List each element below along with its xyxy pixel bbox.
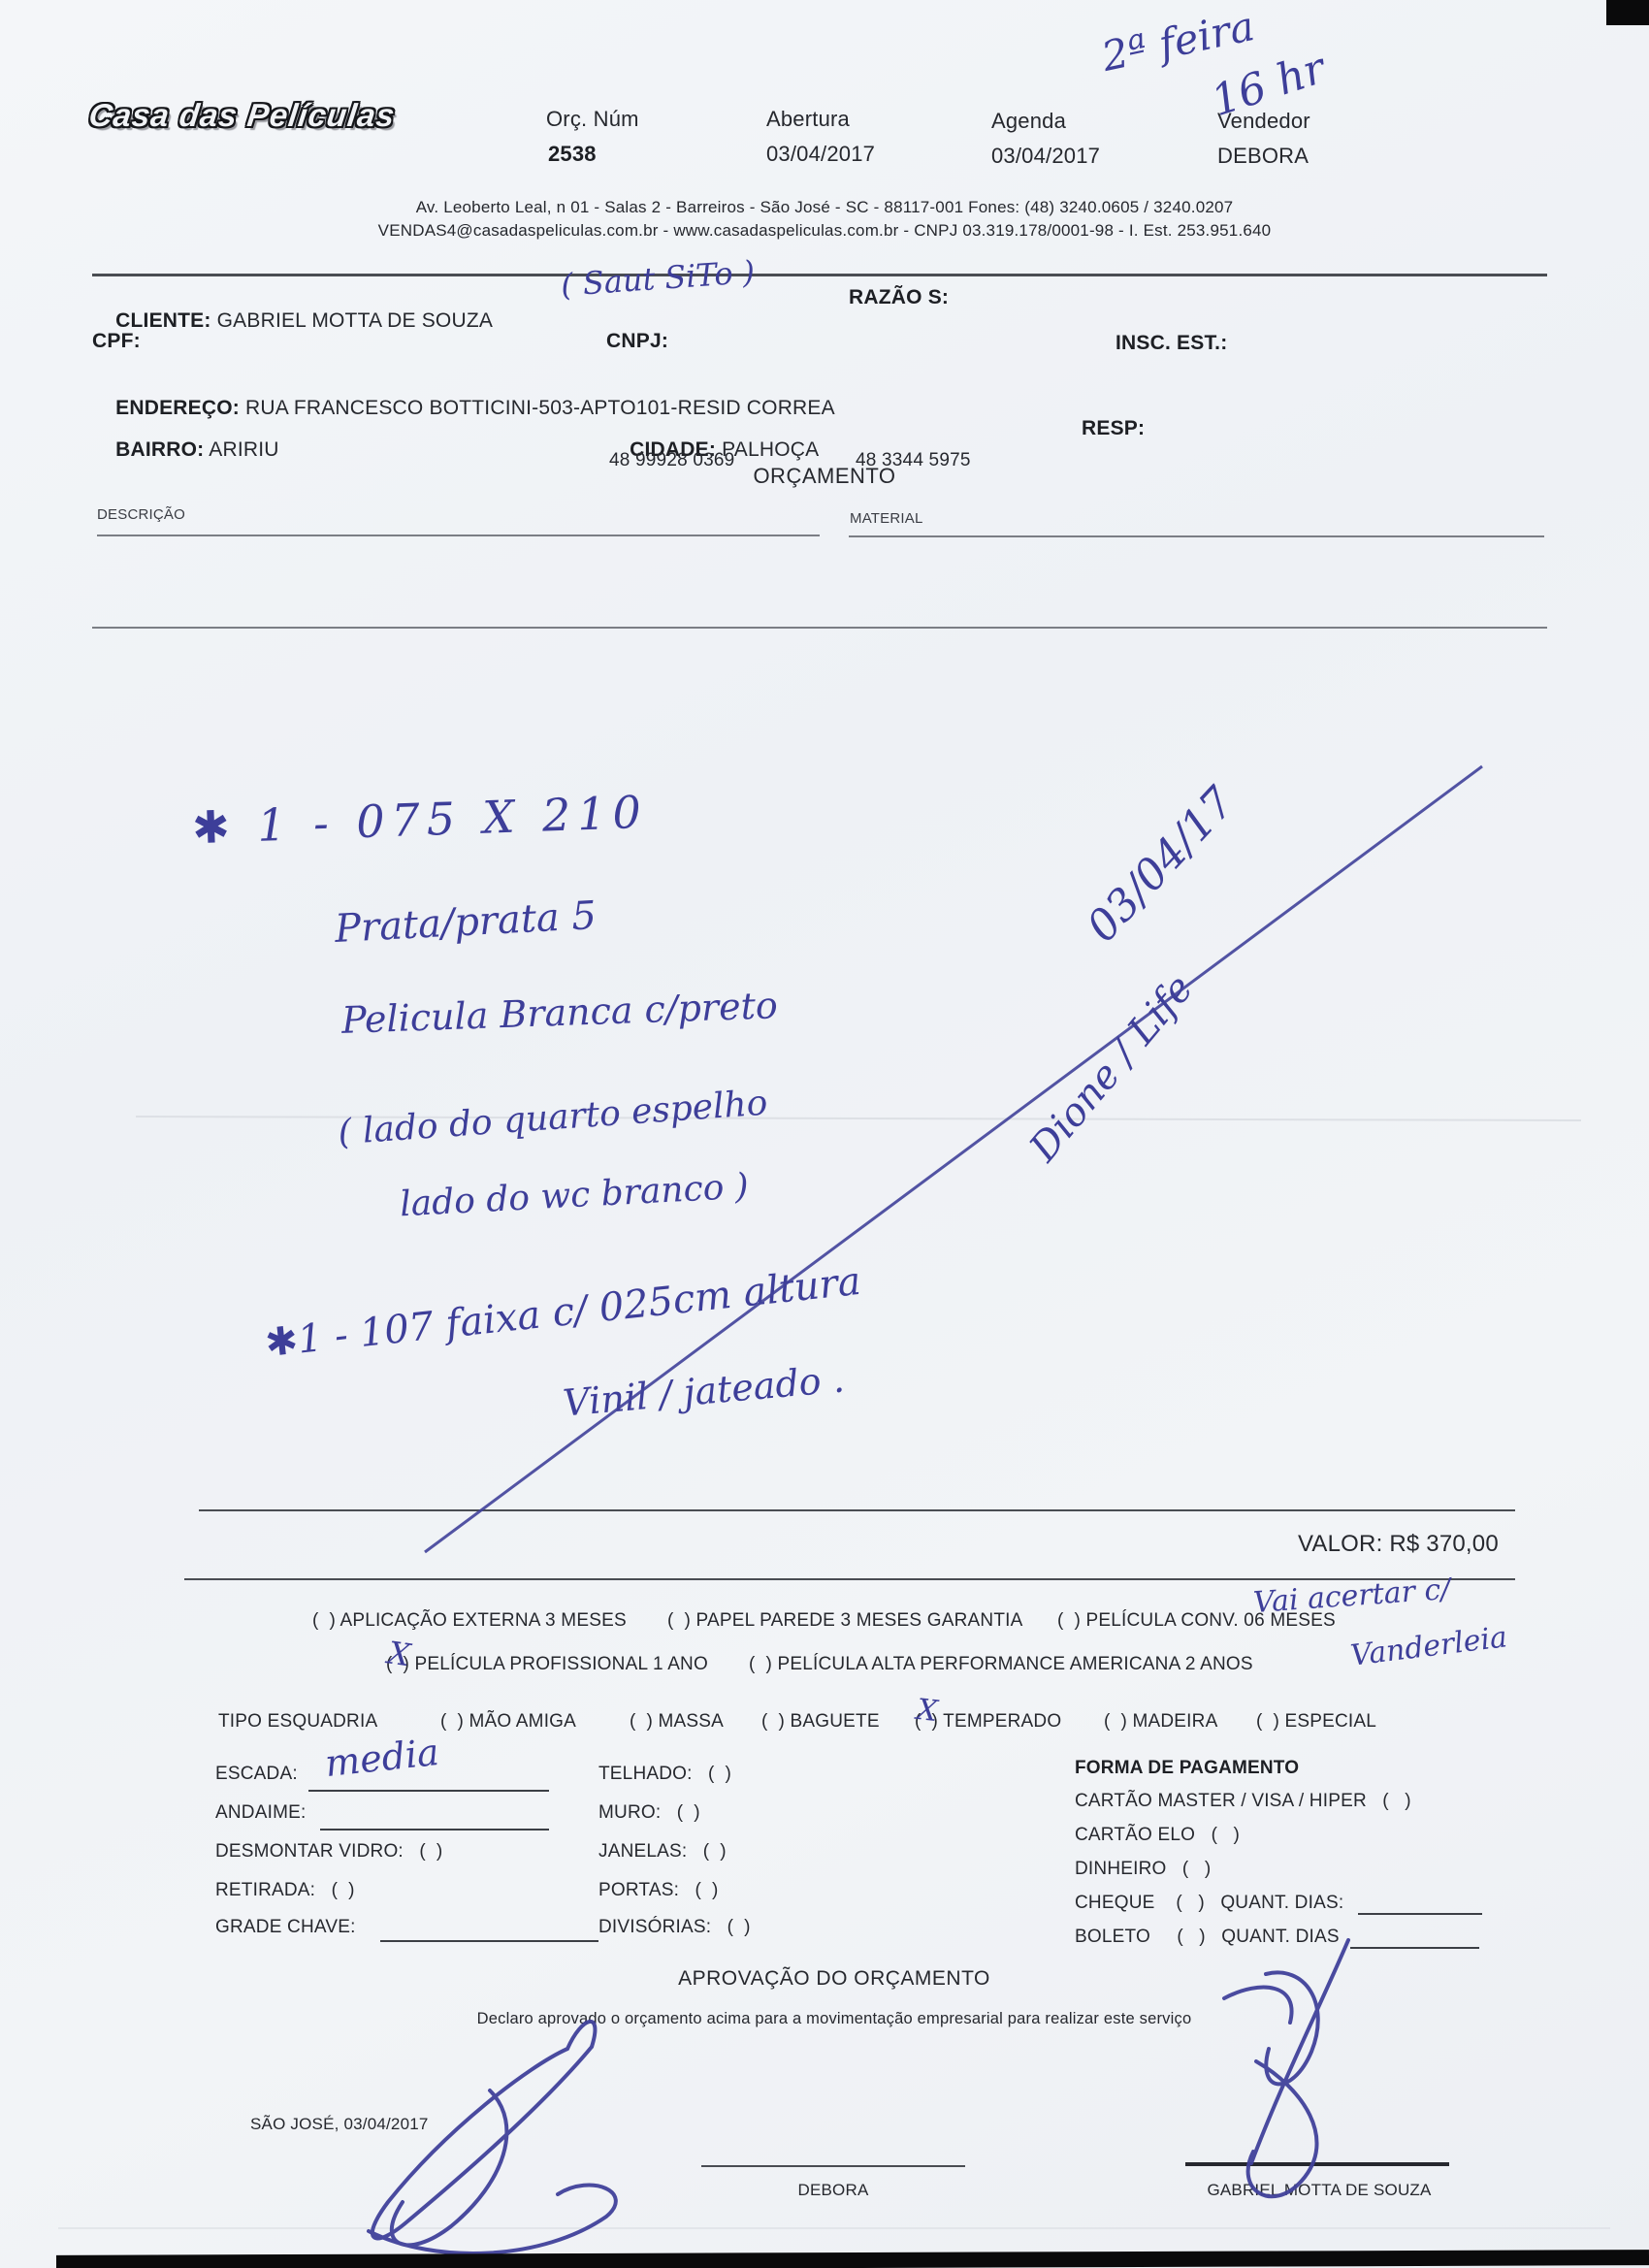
valor-top-line: [199, 1509, 1515, 1511]
handwritten-diagonal-name: Dione / Life: [1021, 966, 1202, 1170]
budget-section-title: ORÇAMENTO: [291, 464, 1358, 489]
handwritten-item2-film: Pelicula Branca c/preto: [340, 984, 778, 1042]
vendedor-value: DEBORA: [1217, 144, 1309, 169]
tipo-esquadria-label: TIPO ESQUADRIA: [218, 1711, 377, 1733]
bairro-row: BAIRRO: ARIRIU: [92, 415, 279, 485]
approval-city-date: SÃO JOSÉ, 03/04/2017: [250, 2115, 429, 2134]
andaime-line: [320, 1829, 549, 1831]
descricao-underline: [97, 535, 820, 536]
warranty-option-aplicacao-externa: ( ) APLICAÇÃO EXTERNA 3 MESES: [312, 1610, 627, 1632]
esquadria-option-massa: ( ) MASSA: [630, 1711, 724, 1733]
cliente-label: CLIENTE:: [115, 309, 210, 332]
handwritten-item3-film: Vinil / jateado .: [562, 1357, 847, 1424]
client-signature-name: GABRIEL MOTTA DE SOUZA: [1185, 2181, 1453, 2200]
orc-num-value: 2538: [548, 142, 597, 167]
orc-num-label: Orç. Núm: [546, 107, 639, 132]
payment-method-boleto: BOLETO ( ) QUANT. DIAS: [1075, 1927, 1340, 1948]
client-signature-line: [1185, 2162, 1449, 2166]
description-area-bottom-line: [92, 627, 1547, 629]
abertura-value: 03/04/2017: [766, 142, 875, 167]
field-grade-chave: GRADE CHAVE:: [215, 1917, 356, 1938]
field-muro: MURO: ( ): [598, 1802, 700, 1824]
material-underline: [849, 535, 1544, 537]
payment-method-dinheiro: DINHEIRO ( ): [1075, 1859, 1211, 1880]
handwritten-diagonal-date: 03/04/17: [1078, 778, 1245, 952]
scan-corner-mark: [1606, 0, 1649, 25]
company-contact-line: VENDAS4@casadaspeliculas.com.br - www.ca…: [291, 221, 1358, 241]
checkmark-temperado: X: [915, 1693, 939, 1729]
cliente-value: GABRIEL MOTTA DE SOUZA: [217, 309, 493, 332]
cheque-quant-dias-line: [1358, 1913, 1482, 1915]
company-address-line: Av. Leoberto Leal, n 01 - Salas 2 - Barr…: [291, 198, 1358, 217]
esquadria-option-especial: ( ) ESPECIAL: [1256, 1711, 1376, 1733]
warranty-option-pelicula-profissional: ( ) PELÍCULA PROFISSIONAL 1 ANO: [386, 1654, 708, 1675]
vendor-signature-name: DEBORA: [701, 2181, 965, 2200]
valor-text: VALOR: R$ 370,00: [1298, 1531, 1499, 1558]
company-logo: Casa das Películas: [87, 97, 398, 134]
field-divisorias: DIVISÓRIAS: ( ): [598, 1917, 751, 1938]
handwritten-item2-location-2: lado do wc branco ): [399, 1167, 750, 1225]
client-row: CLIENTE: GABRIEL MOTTA DE SOUZA: [92, 286, 493, 356]
bairro-label: BAIRRO:: [115, 438, 204, 461]
field-andaime: ANDAIME:: [215, 1802, 306, 1824]
handwritten-item1-film: Prata/prata 5: [334, 893, 598, 952]
abertura-label: Abertura: [766, 107, 850, 132]
payment-title: FORMA DE PAGAMENTO: [1075, 1758, 1299, 1779]
escada-line: [308, 1790, 549, 1792]
warranty-option-pelicula-conv: ( ) PELÍCULA CONV. 06 MESES: [1057, 1610, 1336, 1632]
agenda-value: 03/04/2017: [991, 144, 1100, 169]
esquadria-option-mao-amiga: ( ) MÃO AMIGA: [440, 1711, 576, 1733]
scanned-order-form: Casa das Películas Orç. Núm 2538 Abertur…: [0, 0, 1649, 2268]
warranty-option-alta-performance: ( ) PELÍCULA ALTA PERFORMANCE AMERICANA …: [749, 1654, 1253, 1675]
cidade-value: PALHOÇA: [722, 438, 819, 461]
cnpj-label: CNPJ:: [606, 330, 668, 353]
handwritten-item1-size: ✱ 1 - 075 X 210: [191, 786, 648, 854]
handwritten-item2-location-1: ( lado do quarto espelho: [337, 1084, 769, 1153]
field-retirada: RETIRADA: ( ): [215, 1880, 355, 1901]
descricao-label: DESCRIÇÃO: [97, 506, 185, 523]
cpf-label: CPF:: [92, 330, 141, 353]
payment-method-cartao-elo: CARTÃO ELO ( ): [1075, 1825, 1240, 1846]
field-escada: ESCADA:: [215, 1764, 298, 1785]
razao-label: RAZÃO S:: [849, 286, 949, 309]
handwritten-payment-note-2: Vanderleia: [1348, 1620, 1508, 1673]
vendor-signature-line: [701, 2165, 965, 2167]
esquadria-option-madeira: ( ) MADEIRA: [1104, 1711, 1217, 1733]
approval-title: APROVAÇÃO DO ORÇAMENTO: [291, 1967, 1377, 1991]
insc-est-label: INSC. EST.:: [1115, 332, 1227, 355]
field-telhado: TELHADO: ( ): [598, 1764, 731, 1785]
grade-chave-line: [380, 1940, 598, 1942]
material-label: MATERIAL: [850, 510, 923, 527]
divider-top: [92, 274, 1547, 276]
agenda-label: Agenda: [991, 109, 1066, 134]
resp-label: RESP:: [1082, 417, 1145, 440]
esquadria-option-baguete: ( ) BAGUETE: [761, 1711, 880, 1733]
warranty-option-papel-parede: ( ) PAPEL PAREDE 3 MESES GARANTIA: [667, 1610, 1022, 1632]
payment-method-cheque: CHEQUE ( ) QUANT. DIAS:: [1075, 1893, 1343, 1914]
valor-bottom-line: [184, 1578, 1515, 1580]
bairro-value: ARIRIU: [209, 438, 278, 461]
handwritten-item3-size: ✱1 - 107 faixa c/ 025cm altura: [263, 1259, 862, 1366]
field-desmontar-vidro: DESMONTAR VIDRO: ( ): [215, 1841, 442, 1863]
field-portas: PORTAS: ( ): [598, 1880, 719, 1901]
payment-method-cartao-master: CARTÃO MASTER / VISA / HIPER ( ): [1075, 1791, 1411, 1812]
scan-bottom-strip: [56, 2250, 1649, 2268]
diagonal-strike-line: [425, 766, 1482, 1552]
vendor-signature-scribble: [369, 2022, 616, 2253]
boleto-quant-dias-line: [1350, 1947, 1479, 1949]
field-janelas: JANELAS: ( ): [598, 1841, 727, 1863]
approval-declaration: Declaro aprovado o orçamento acima para …: [291, 2010, 1377, 2028]
cliente-handwritten-note: ( Saut SiTo ): [560, 253, 756, 304]
paper-crease-bottom: [58, 2227, 1610, 2229]
handwritten-escada-value: media: [323, 1731, 441, 1785]
